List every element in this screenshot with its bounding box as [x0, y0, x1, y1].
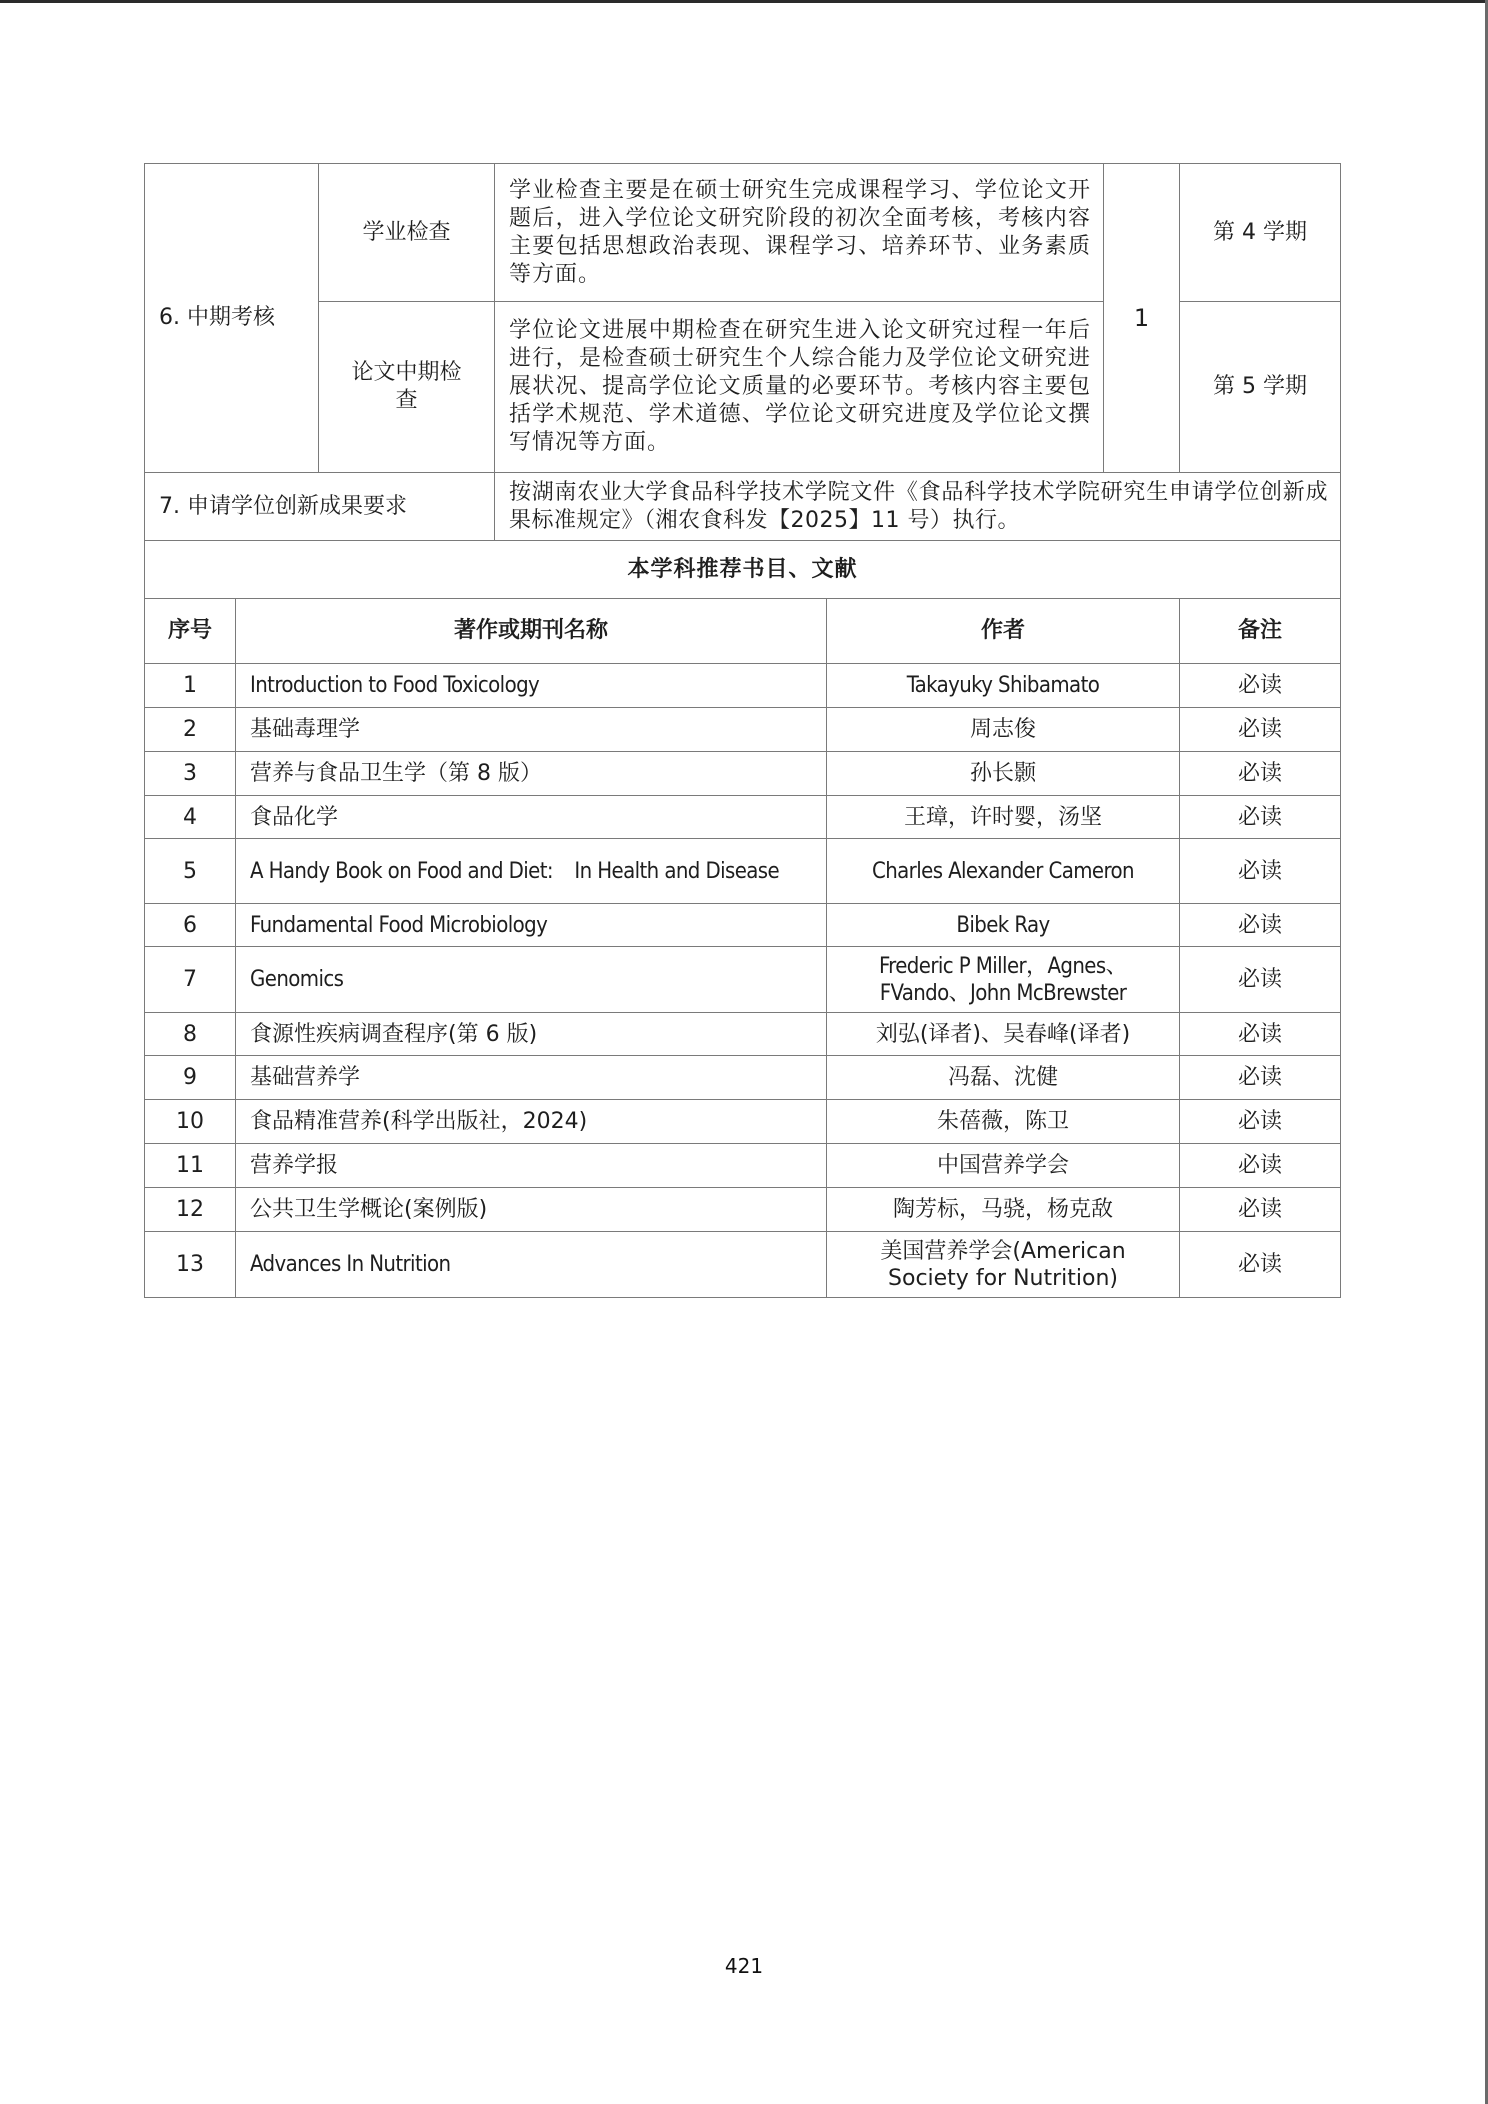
curriculum-table: 6. 中期考核 学业检查 学业检查主要是在硕士研究生完成课程学习、学位论文开题后…: [144, 163, 1341, 1298]
book-note: 必读: [1180, 1100, 1341, 1144]
table-row: 3 营养与食品卫生学（第 8 版） 孙长颢 必读: [145, 752, 1341, 796]
midterm-section-label: 6. 中期考核: [145, 164, 319, 473]
book-note: 必读: [1180, 1144, 1341, 1188]
midterm-item-semester: 第 5 学期: [1180, 302, 1341, 473]
book-index: 2: [145, 708, 236, 752]
book-note: 必读: [1180, 752, 1341, 796]
book-note: 必读: [1180, 664, 1341, 708]
midterm-item-name: 学业检查: [319, 164, 495, 302]
book-author: Charles Alexander Cameron: [827, 839, 1180, 904]
book-index: 11: [145, 1144, 236, 1188]
book-title: 基础毒理学: [236, 708, 827, 752]
book-title: A Handy Book on Food and Diet: In Health…: [236, 839, 827, 904]
book-index: 1: [145, 664, 236, 708]
book-note: 必读: [1180, 1013, 1341, 1056]
book-title: Advances In Nutrition: [236, 1232, 827, 1298]
innovation-description: 按湖南农业大学食品科学技术学院文件《食品科学技术学院研究生申请学位创新成果标准规…: [495, 473, 1341, 541]
midterm-item-description: 学位论文进展中期检查在研究生进入论文研究过程一年后进行，是检查硕士研究生个人综合…: [495, 302, 1104, 473]
book-author: 朱蓓薇，陈卫: [827, 1100, 1180, 1144]
book-title: Genomics: [236, 947, 827, 1013]
header-title: 著作或期刊名称: [236, 599, 827, 664]
book-author: 陶芳标，马骁，杨克敌: [827, 1188, 1180, 1232]
book-index: 13: [145, 1232, 236, 1298]
table-row: 5 A Handy Book on Food and Diet: In Heal…: [145, 839, 1341, 904]
book-note: 必读: [1180, 839, 1341, 904]
book-author: 中国营养学会: [827, 1144, 1180, 1188]
book-author: 美国营养学会(American Society for Nutrition): [827, 1232, 1180, 1298]
book-note: 必读: [1180, 1232, 1341, 1298]
reading-list-title-row: 本学科推荐书目、文献: [145, 541, 1341, 599]
book-index: 7: [145, 947, 236, 1013]
midterm-row-academic: 6. 中期考核 学业检查 学业检查主要是在硕士研究生完成课程学习、学位论文开题后…: [145, 164, 1341, 302]
book-author: Bibek Ray: [827, 904, 1180, 947]
page-number: 421: [0, 1954, 1488, 1978]
book-author: 孙长颢: [827, 752, 1180, 796]
book-note: 必读: [1180, 796, 1341, 839]
book-index: 9: [145, 1056, 236, 1100]
book-index: 3: [145, 752, 236, 796]
book-author: Frederic P Miller，Agnes、FVando、John McBr…: [827, 947, 1180, 1013]
book-title: 食品精准营养(科学出版社，2024): [236, 1100, 827, 1144]
book-title: 食源性疾病调查程序(第 6 版): [236, 1013, 827, 1056]
midterm-item-semester: 第 4 学期: [1180, 164, 1341, 302]
book-index: 8: [145, 1013, 236, 1056]
book-title: 公共卫生学概论(案例版): [236, 1188, 827, 1232]
book-title: Introduction to Food Toxicology: [236, 664, 827, 708]
book-index: 6: [145, 904, 236, 947]
table-row: 6 Fundamental Food Microbiology Bibek Ra…: [145, 904, 1341, 947]
book-author: Takayuky Shibamato: [827, 664, 1180, 708]
table-row: 8 食源性疾病调查程序(第 6 版) 刘弘(译者)、吴春峰(译者) 必读: [145, 1013, 1341, 1056]
book-note: 必读: [1180, 904, 1341, 947]
book-note: 必读: [1180, 1188, 1341, 1232]
book-title: 营养与食品卫生学（第 8 版）: [236, 752, 827, 796]
book-note: 必读: [1180, 708, 1341, 752]
book-title: 基础营养学: [236, 1056, 827, 1100]
book-title: Fundamental Food Microbiology: [236, 904, 827, 947]
table-row: 7 Genomics Frederic P Miller，Agnes、FVand…: [145, 947, 1341, 1013]
book-index: 5: [145, 839, 236, 904]
page-top-border: [0, 0, 1488, 3]
book-index: 12: [145, 1188, 236, 1232]
reading-list-title: 本学科推荐书目、文献: [145, 541, 1341, 599]
header-index: 序号: [145, 599, 236, 664]
table-row: 13 Advances In Nutrition 美国营养学会(American…: [145, 1232, 1341, 1298]
table-row: 9 基础营养学 冯磊、沈健 必读: [145, 1056, 1341, 1100]
innovation-row: 7. 申请学位创新成果要求 按湖南农业大学食品科学技术学院文件《食品科学技术学院…: [145, 473, 1341, 541]
book-index: 4: [145, 796, 236, 839]
book-index: 10: [145, 1100, 236, 1144]
table-row: 11 营养学报 中国营养学会 必读: [145, 1144, 1341, 1188]
midterm-credits: 1: [1104, 164, 1180, 473]
book-author: 冯磊、沈健: [827, 1056, 1180, 1100]
table-row: 1 Introduction to Food Toxicology Takayu…: [145, 664, 1341, 708]
book-note: 必读: [1180, 1056, 1341, 1100]
book-author: 王璋，许时婴，汤坚: [827, 796, 1180, 839]
book-author: 周志俊: [827, 708, 1180, 752]
book-note: 必读: [1180, 947, 1341, 1013]
table-row: 12 公共卫生学概论(案例版) 陶芳标，马骁，杨克敌 必读: [145, 1188, 1341, 1232]
table-row: 10 食品精准营养(科学出版社，2024) 朱蓓薇，陈卫 必读: [145, 1100, 1341, 1144]
midterm-item-description: 学业检查主要是在硕士研究生完成课程学习、学位论文开题后，进入学位论文研究阶段的初…: [495, 164, 1104, 302]
book-author: 刘弘(译者)、吴春峰(译者): [827, 1013, 1180, 1056]
innovation-label: 7. 申请学位创新成果要求: [145, 473, 495, 541]
book-title: 营养学报: [236, 1144, 827, 1188]
table-row: 4 食品化学 王璋，许时婴，汤坚 必读: [145, 796, 1341, 839]
midterm-item-name: 论文中期检查: [319, 302, 495, 473]
header-note: 备注: [1180, 599, 1341, 664]
table-row: 2 基础毒理学 周志俊 必读: [145, 708, 1341, 752]
reading-list-header-row: 序号 著作或期刊名称 作者 备注: [145, 599, 1341, 664]
book-title: 食品化学: [236, 796, 827, 839]
header-author: 作者: [827, 599, 1180, 664]
